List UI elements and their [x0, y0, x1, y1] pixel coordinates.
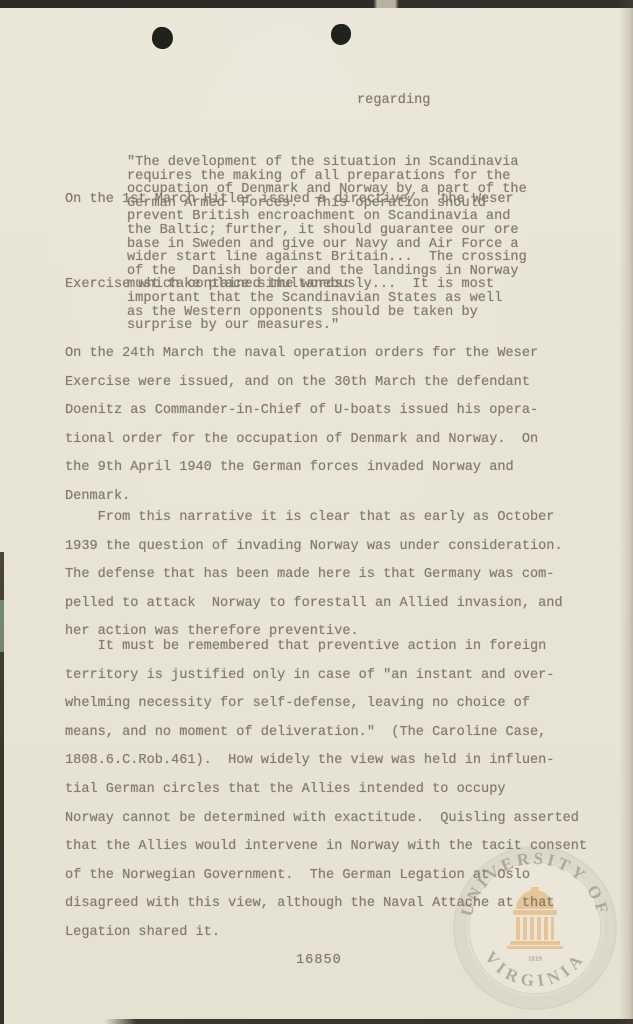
typed-line: Doenitz as Commander-in-Chief of U-boats…: [65, 397, 538, 426]
typed-line: of the Norwegian Government. The German …: [65, 862, 587, 891]
inserted-word-regarding: regarding: [357, 87, 430, 116]
typed-line: important that the Scandinavian States a…: [127, 292, 527, 306]
typed-line: Exercise were issued, and on the 30th Ma…: [65, 369, 538, 398]
typed-line: territory is justified only in case of "…: [65, 662, 587, 691]
typed-content: regarding On the 1st March Hitler issued…: [0, 0, 633, 1024]
typed-line: From this narrative it is clear that as …: [65, 504, 563, 533]
typed-line: 1939 the question of invading Norway was…: [65, 533, 563, 562]
paragraph-naval-operation-orders: On the 24th March the naval operation or…: [65, 340, 538, 512]
typed-line: prevent British encroachment on Scandina…: [127, 210, 527, 224]
typed-line: Legation shared it.: [65, 919, 587, 948]
typed-line: the 9th April 1940 the German forces inv…: [65, 454, 538, 483]
typed-line: whelming necessity for self-defense, lea…: [65, 690, 587, 719]
typed-line: surprise by our measures.": [127, 319, 527, 333]
typed-line: the Baltic; further, it should guarantee…: [127, 224, 527, 238]
typed-line: The defense that has been made here is t…: [65, 561, 563, 590]
typed-line: that the Allies would intervene in Norwa…: [65, 833, 587, 862]
typed-line: means, and no moment of deliveration." (…: [65, 719, 587, 748]
blockquote-hitler-directive: "The development of the situation in Sca…: [127, 156, 527, 333]
typed-line: "The development of the situation in Sca…: [127, 156, 527, 170]
typed-line: tional order for the occupation of Denma…: [65, 426, 538, 455]
typed-line: On the 24th March the naval operation or…: [65, 340, 538, 369]
paragraph-narrative-conclusion: From this narrative it is clear that as …: [65, 504, 563, 647]
typed-line: wider start line against Britain... The …: [127, 251, 527, 265]
typed-line: occupation of Denmark and Norway by a pa…: [127, 183, 527, 197]
typed-line: disagreed with this view, although the N…: [65, 890, 587, 919]
typed-line: must take place simultaneously... It is …: [127, 278, 527, 292]
typed-line: Norway cannot be determined with exactit…: [65, 805, 587, 834]
document-page: UNIVERSITY OF VIRGINIA 1819 regarding On…: [0, 0, 633, 1024]
typed-line: It must be remembered that preventive ac…: [65, 633, 587, 662]
typed-line: pelled to attack Norway to forestall an …: [65, 590, 563, 619]
typed-line: 1808.6.C.Rob.461). How widely the view w…: [65, 747, 587, 776]
typed-line: tial German circles that the Allies inte…: [65, 776, 587, 805]
page-number: 16850: [296, 953, 342, 968]
paragraph-preventive-action: It must be remembered that preventive ac…: [65, 633, 587, 948]
